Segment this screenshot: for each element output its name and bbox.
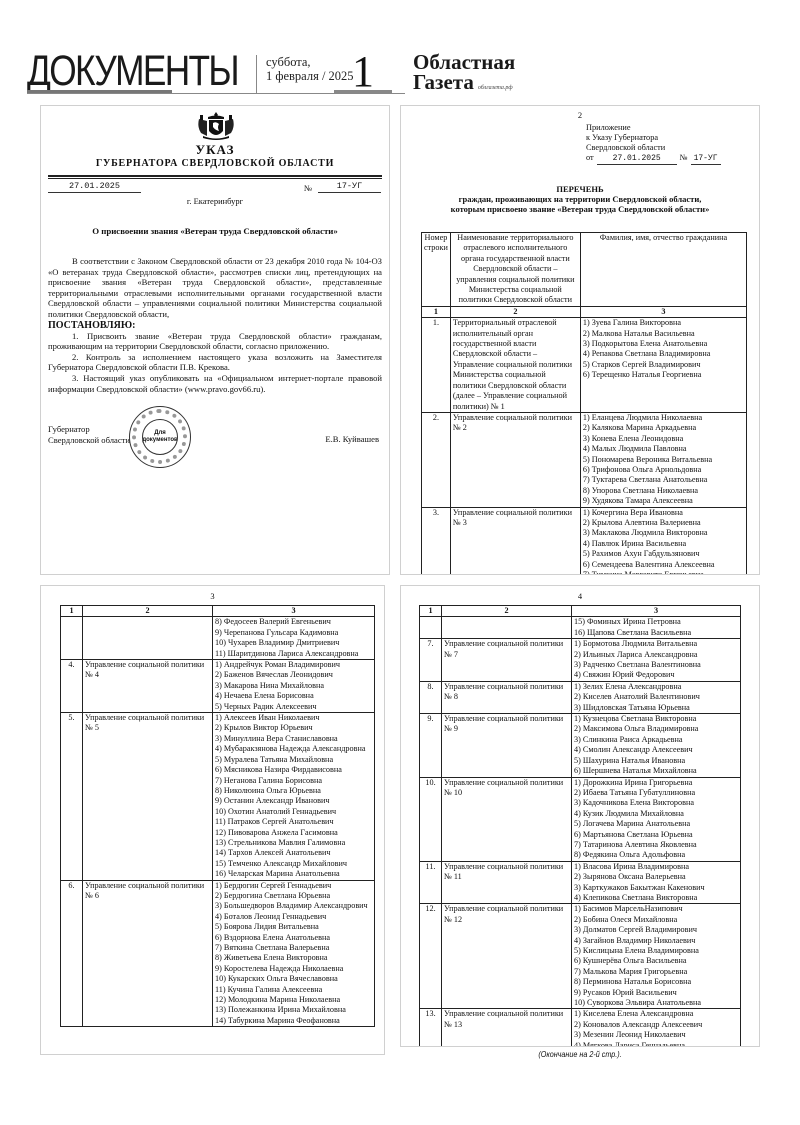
citizen-name: 3) Мезенин Леонид Николаевич bbox=[574, 1030, 738, 1040]
citizen-name: 8) Упорова Светлана Николаевна bbox=[583, 486, 744, 496]
column-number: 3 bbox=[572, 606, 741, 617]
row-number: 12. bbox=[420, 904, 442, 1009]
citizen-name: 3) Слинкина Раиса Аркадьевна bbox=[574, 735, 738, 745]
brand-line2: Газета bbox=[413, 70, 474, 94]
row-number: 6. bbox=[61, 880, 83, 1027]
citizen-name: 1) Бердюгин Сергей Геннадьевич bbox=[215, 881, 372, 891]
citizen-name: 10) Чухарев Владимир Дмитриевич bbox=[215, 638, 372, 648]
citizen-name: 6) Семендеева Валентина Алексеевна bbox=[583, 560, 744, 570]
citizen-name: 8) Федосеев Валерий Евгеньевич bbox=[215, 617, 372, 627]
citizen-name: 7) Татаринова Алевтина Яковлевна bbox=[574, 840, 738, 850]
column-number: 3 bbox=[580, 306, 746, 317]
citizen-name: 16) Челарская Марина Анатольевна bbox=[215, 869, 372, 879]
citizen-name: 10) Охотин Анатолий Геннадьевич bbox=[215, 807, 372, 817]
column-number: 1 bbox=[420, 606, 442, 617]
table-row: 2.Управление социальной политики № 21) Е… bbox=[422, 412, 747, 507]
organization-name: Управление социальной политики № 12 bbox=[442, 904, 572, 1009]
citizen-name: 9) Черепанова Гульсара Кадимовна bbox=[215, 628, 372, 638]
citizen-name: 5) Пономарева Вероника Витальевна bbox=[583, 455, 744, 465]
citizen-name: 10) Суворкова Эльвира Анатольевна bbox=[574, 998, 738, 1008]
masthead-rule bbox=[27, 93, 405, 94]
table-row: 8) Федосеев Валерий Евгеньевич9) Черепан… bbox=[61, 617, 375, 660]
citizen-name: 1) Киселева Елена Александровна bbox=[574, 1009, 738, 1019]
citizen-name: 5) Логачева Марина Анатольевна bbox=[574, 819, 738, 829]
citizen-name: 3) Шидловская Татьяна Юрьевна bbox=[574, 703, 738, 713]
citizen-names: 8) Федосеев Валерий Евгеньевич9) Черепан… bbox=[213, 617, 375, 660]
row-number: 7. bbox=[420, 639, 442, 682]
appendix-page-2: 2 Приложение к Указу Губернатора Свердло… bbox=[400, 105, 760, 575]
page-number: 4 bbox=[401, 591, 759, 601]
citizen-name: 2) Бобина Олеся Михайловна bbox=[574, 915, 738, 925]
citizen-name: 8) Перминова Наталья Борисовна bbox=[574, 977, 738, 987]
decree-number-label: № bbox=[304, 183, 312, 193]
citizen-name: 4) Клепикова Светлана Викторовна bbox=[574, 893, 738, 903]
header-full-name: Фамилия, имя, отчество гражданина bbox=[580, 233, 746, 307]
decree-city: г. Екатеринбург bbox=[41, 196, 389, 206]
citizen-name: 5) Черных Радик Алексеевич bbox=[215, 702, 372, 712]
table-row: 3.Управление социальной политики № 31) К… bbox=[422, 507, 747, 575]
decree-heading: О присвоении звания «Ветеран труда Сверд… bbox=[41, 226, 389, 236]
citizen-name: 2) Ильиных Лариса Александровна bbox=[574, 650, 738, 660]
citizen-name: 13) Полежанкина Ирина Михайловна bbox=[215, 1005, 372, 1015]
citizen-name: 6) Вздорнова Елена Анатольевна bbox=[215, 933, 372, 943]
list-subtitle: которым присвоено звание «Ветеран труда … bbox=[401, 204, 759, 214]
organization-name: Управление социальной политики № 10 bbox=[442, 777, 572, 861]
citizen-name: 3) Карткужаков Бакытжан Какенович bbox=[574, 883, 738, 893]
organization-name: Управление социальной политики № 2 bbox=[450, 412, 580, 507]
citizen-names: 1) Зуева Галина Викторовна2) Малкова Нат… bbox=[580, 318, 746, 413]
continuation-note: (Окончание на 2-й стр.). bbox=[418, 1050, 742, 1059]
brand-line1: Областная bbox=[413, 52, 515, 72]
appendix-line: Приложение bbox=[586, 123, 721, 133]
table-row: 1.Территориальный отраслевой исполнитель… bbox=[422, 318, 747, 413]
citizen-names: 1) Кочергина Вера Ивановна2) Крылова Але… bbox=[580, 507, 746, 575]
citizen-name: 1) Алексеев Иван Николаевич bbox=[215, 713, 372, 723]
list-title: ПЕРЕЧЕНЬ граждан, проживающих на террито… bbox=[401, 184, 759, 214]
decree-title: УКАЗ bbox=[41, 142, 389, 158]
row-number: 5. bbox=[61, 713, 83, 881]
appendix-date: 27.01.2025 bbox=[597, 154, 677, 165]
organization-name: Управление социальной политики № 11 bbox=[442, 861, 572, 904]
citizen-name: 5) Кислицына Елена Владимировна bbox=[574, 946, 738, 956]
citizen-name: 14) Табуркина Марина Феофановна bbox=[215, 1016, 372, 1026]
decree-rule-thin bbox=[48, 178, 382, 179]
citizen-name: 6) Шершнева Наталья Михайловна bbox=[574, 766, 738, 776]
citizen-name: 4) Нечаева Елена Борисовна bbox=[215, 691, 372, 701]
appendix-page-3: 3 1 2 3 8) Федосеев Валерий Евгеньевич9)… bbox=[40, 585, 385, 1055]
decree-rule bbox=[48, 175, 382, 177]
column-number: 2 bbox=[450, 306, 580, 317]
citizen-name: 11) Кучина Галина Алексеевна bbox=[215, 985, 372, 995]
organization-name: Управление социальной политики № 6 bbox=[83, 880, 213, 1027]
citizen-name: 6) Терещенко Наталья Георгиевна bbox=[583, 370, 744, 380]
citizen-name: 4) Мягкова Лариса Геннадьевна bbox=[574, 1041, 738, 1047]
citizen-name: 1) Кочергина Вера Ивановна bbox=[583, 508, 744, 518]
column-number: 1 bbox=[61, 606, 83, 617]
row-number bbox=[61, 617, 83, 660]
citizen-name: 9) Худякова Тамара Алексеевна bbox=[583, 496, 744, 506]
appendix-header: Приложение к Указу Губернатора Свердловс… bbox=[586, 123, 721, 165]
organization-name: Управление социальной политики № 8 bbox=[442, 681, 572, 713]
decree-number: 17-УГ bbox=[318, 181, 381, 193]
citizen-name: 4) Мубаракзянова Надежда Александровна bbox=[215, 744, 372, 754]
citizen-name: 3) Маклакова Людмила Викторовна bbox=[583, 528, 744, 538]
citizen-name: 3) Конева Елена Леонидовна bbox=[583, 434, 744, 444]
citizen-name: 7) Неганова Галина Борисовна bbox=[215, 776, 372, 786]
table-body: 8) Федосеев Валерий Евгеньевич9) Черепан… bbox=[61, 617, 375, 1027]
citizen-name: 11) Патраков Сергей Анатольевич bbox=[215, 817, 372, 827]
issue-date: суббота, 1 февраля / 2025 bbox=[266, 55, 354, 83]
row-number: 4. bbox=[61, 660, 83, 713]
decree-item: 2. Контроль за исполнением настоящего ук… bbox=[48, 352, 382, 373]
citizen-name: 6) Мартьянова Светлана Юрьевна bbox=[574, 830, 738, 840]
signer-role-line1: Губернатор bbox=[48, 424, 130, 435]
citizen-name: 11) Шаритдинова Лариса Александровна bbox=[215, 649, 372, 659]
citizen-name: 1) Андрейчук Роман Владимирович bbox=[215, 660, 372, 670]
organization-name: Территориальный отраслевой исполнительны… bbox=[450, 318, 580, 413]
appendix-number: 17-УГ bbox=[691, 154, 721, 165]
decree-body: В соответствии с Законом Свердловской об… bbox=[48, 256, 382, 394]
organization-name: Управление социальной политики № 5 bbox=[83, 713, 213, 881]
row-number: 1. bbox=[422, 318, 451, 413]
table-row: 5.Управление социальной политики № 51) А… bbox=[61, 713, 375, 881]
citizen-names: 1) Киселева Елена Александровна2) Конова… bbox=[572, 1009, 741, 1047]
column-number: 2 bbox=[83, 606, 213, 617]
citizen-name: 9) Коростелева Надежда Николаевна bbox=[215, 964, 372, 974]
citizen-name: 2) Киселев Анатолий Валентинович bbox=[574, 692, 738, 702]
citizen-name: 3) Кадочникова Елена Викторовна bbox=[574, 798, 738, 808]
citizen-name: 10) Кукарских Ольга Вячеславовна bbox=[215, 974, 372, 984]
citizen-name: 4) Малых Людмила Павловна bbox=[583, 444, 744, 454]
citizen-name: 7) Малькова Мария Григорьевна bbox=[574, 967, 738, 977]
table-row: 12.Управление социальной политики № 121)… bbox=[420, 904, 741, 1009]
citizen-names: 1) Бормотова Людмила Витальевна2) Ильины… bbox=[572, 639, 741, 682]
issue-day: суббота, bbox=[266, 55, 354, 69]
citizen-name: 5) Шахурина Наталья Ивановна bbox=[574, 756, 738, 766]
signer-role-line2: Свердловской области bbox=[48, 435, 130, 446]
citizen-name: 1) Еланцева Людмила Николаевна bbox=[583, 413, 744, 423]
masthead: ДОКУМЕНТЫ суббота, 1 февраля / 2025 1 Об… bbox=[0, 0, 800, 100]
newspaper-logo: Областная Газетаоблгазета.рф bbox=[413, 52, 515, 98]
column-number: 2 bbox=[442, 606, 572, 617]
citizen-name: 2) Крылов Виктор Юрьевич bbox=[215, 723, 372, 733]
citizen-name: 4) Боталов Леонид Геннадьевич bbox=[215, 912, 372, 922]
citizen-name: 7) Туктарева Светлана Анатольевна bbox=[583, 475, 744, 485]
signer-name: Е.В. Куйвашев bbox=[325, 434, 379, 444]
citizen-name: 2) Крылова Алевтина Валериевна bbox=[583, 518, 744, 528]
citizen-name: 12) Пивоварова Анжела Гасимовна bbox=[215, 828, 372, 838]
recipients-table-continued: 1 2 3 8) Федосеев Валерий Евгеньевич9) Ч… bbox=[60, 605, 375, 1027]
citizen-names: 1) Бердюгин Сергей Геннадьевич2) Бердюги… bbox=[213, 880, 375, 1027]
citizen-name: 4) Кузик Людмила Михайловна bbox=[574, 809, 738, 819]
row-number: 8. bbox=[420, 681, 442, 713]
table-row: 11.Управление социальной политики № 111)… bbox=[420, 861, 741, 904]
table-body: 1.Территориальный отраслевой исполнитель… bbox=[422, 318, 747, 575]
table-row: 7.Управление социальной политики № 71) Б… bbox=[420, 639, 741, 682]
section-title: ДОКУМЕНТЫ bbox=[27, 50, 238, 93]
citizen-name: 5) Муралева Татьяна Михайловна bbox=[215, 755, 372, 765]
citizen-name: 12) Молодкина Марина Николаевна bbox=[215, 995, 372, 1005]
appendix-line: к Указу Губернатора bbox=[586, 133, 721, 143]
citizen-name: 5) Старков Сергей Владимирович bbox=[583, 360, 744, 370]
column-number: 3 bbox=[213, 606, 375, 617]
citizen-name: 2) Малкова Наталья Васильевна bbox=[583, 329, 744, 339]
citizen-names: 1) Власова Ирина Владимировна2) Зырянова… bbox=[572, 861, 741, 904]
citizen-name: 2) Зырянова Оксана Валерьевна bbox=[574, 872, 738, 882]
row-number: 11. bbox=[420, 861, 442, 904]
citizen-name: 5) Боярова Лидия Витальевна bbox=[215, 922, 372, 932]
citizen-name: 7) Тимкина Маргарита Евгеньевна bbox=[583, 570, 744, 575]
citizen-name: 4) Загайнов Владимир Николаевич bbox=[574, 936, 738, 946]
citizen-names: 15) Фоминых Ирина Петровна16) Щапова Све… bbox=[572, 617, 741, 639]
row-number: 10. bbox=[420, 777, 442, 861]
citizen-name: 3) Макарова Нина Михайловна bbox=[215, 681, 372, 691]
citizen-name: 6) Кушнерёва Ольга Васильевна bbox=[574, 956, 738, 966]
citizen-names: 1) Зелих Елена Александровна2) Киселев А… bbox=[572, 681, 741, 713]
organization-name: Управление социальной политики № 3 bbox=[450, 507, 580, 575]
citizen-name: 1) Кузнецова Светлана Викторовна bbox=[574, 714, 738, 724]
organization-name: Управление социальной политики № 4 bbox=[83, 660, 213, 713]
row-number: 9. bbox=[420, 714, 442, 777]
decree-subtitle: ГУБЕРНАТОРА СВЕРДЛОВСКОЙ ОБЛАСТИ bbox=[41, 158, 389, 169]
citizen-name: 6) Мясникова Назира Фирдависовна bbox=[215, 765, 372, 775]
masthead-divider bbox=[256, 55, 257, 94]
citizen-names: 1) Андрейчук Роман Владимирович2) Бажено… bbox=[213, 660, 375, 713]
citizen-name: 13) Стрельникова Мавлия Галимовна bbox=[215, 838, 372, 848]
citizen-name: 2) Максимова Ольга Владимировна bbox=[574, 724, 738, 734]
decree-preamble: В соответствии с Законом Свердловской об… bbox=[48, 256, 382, 320]
citizen-name: 2) Коновалов Александр Алексеевич bbox=[574, 1020, 738, 1030]
table-row: 6.Управление социальной политики № 61) Б… bbox=[61, 880, 375, 1027]
citizen-names: 1) Басимов МарсельНазипович2) Бобина Оле… bbox=[572, 904, 741, 1009]
citizen-names: 1) Кузнецова Светлана Викторовна2) Макси… bbox=[572, 714, 741, 777]
citizen-names: 1) Еланцева Людмила Николаевна2) Каляков… bbox=[580, 412, 746, 507]
citizen-name: 4) Смолин Александр Алексеевич bbox=[574, 745, 738, 755]
decree-item: 3. Настоящий указ опубликовать на «Офици… bbox=[48, 373, 382, 394]
citizen-name: 1) Власова Ирина Владимировна bbox=[574, 862, 738, 872]
table-column-numbers: 1 2 3 bbox=[420, 606, 741, 617]
column-number: 1 bbox=[422, 306, 451, 317]
page-number: 3 bbox=[41, 591, 384, 601]
citizen-name: 2) Бердюгина Светлана Юрьевна bbox=[215, 891, 372, 901]
citizen-name: 1) Дорожкина Ирина Григорьевна bbox=[574, 778, 738, 788]
table-row: 10.Управление социальной политики № 101)… bbox=[420, 777, 741, 861]
page-number-underline bbox=[334, 90, 392, 93]
citizen-name: 3) Подкорытова Елена Анатольевна bbox=[583, 339, 744, 349]
row-number: 13. bbox=[420, 1009, 442, 1047]
citizen-name: 2) Ибаева Татьяна Губатуллиновна bbox=[574, 788, 738, 798]
appendix-ref: от 27.01.2025 № 17-УГ bbox=[586, 153, 721, 165]
table-row: 8.Управление социальной политики № 81) З… bbox=[420, 681, 741, 713]
recipients-table-continued: 1 2 3 15) Фоминых Ирина Петровна16) Щапо… bbox=[419, 605, 741, 1047]
stamp-center: Длядокументов bbox=[142, 419, 178, 455]
decree-date: 27.01.2025 bbox=[48, 181, 141, 193]
recipients-table: Номер строки Наименование территориально… bbox=[421, 232, 747, 575]
table-row: 13.Управление социальной политики № 131)… bbox=[420, 1009, 741, 1047]
citizen-name: 1) Бормотова Людмила Витальевна bbox=[574, 639, 738, 649]
citizen-name: 6) Трифонова Ольга Арнольдовна bbox=[583, 465, 744, 475]
citizen-names: 1) Алексеев Иван Николаевич2) Крылов Вик… bbox=[213, 713, 375, 881]
citizen-name: 3) Минуллина Вера Станиславовна bbox=[215, 734, 372, 744]
table-row: 4.Управление социальной политики № 41) А… bbox=[61, 660, 375, 713]
citizen-name: 14) Тархов Алексей Анатольевич bbox=[215, 848, 372, 858]
row-number: 3. bbox=[422, 507, 451, 575]
citizen-name: 1) Зелих Елена Александровна bbox=[574, 682, 738, 692]
citizen-name: 8) Николюина Ольга Юрьевна bbox=[215, 786, 372, 796]
citizen-name: 4) Павлюк Ирина Васильевна bbox=[583, 539, 744, 549]
citizen-name: 3) Долматов Сергей Владимирович bbox=[574, 925, 738, 935]
citizen-name: 7) Вяткина Светлана Валерьевна bbox=[215, 943, 372, 953]
citizen-name: 9) Останин Александр Иванович bbox=[215, 796, 372, 806]
table-row: 9.Управление социальной политики № 91) К… bbox=[420, 714, 741, 777]
decree-item: 1. Присвоить звание «Ветеран труда Сверд… bbox=[48, 331, 382, 352]
header-row-number: Номер строки bbox=[422, 233, 451, 307]
organization-name: Управление социальной политики № 13 bbox=[442, 1009, 572, 1047]
citizen-name: 1) Басимов МарсельНазипович bbox=[574, 904, 738, 914]
list-subtitle: граждан, проживающих на территории Сверд… bbox=[401, 194, 759, 204]
table-column-numbers: 1 2 3 bbox=[61, 606, 375, 617]
stamp-text-line2: документов bbox=[142, 437, 177, 444]
table-body: 15) Фоминых Ирина Петровна16) Щапова Све… bbox=[420, 617, 741, 1047]
citizen-name: 8) Живетьева Елена Викторовна bbox=[215, 953, 372, 963]
masthead-rule-short bbox=[392, 93, 404, 94]
organization-name: Управление социальной политики № 7 bbox=[442, 639, 572, 682]
table-header-row: Номер строки Наименование территориально… bbox=[422, 233, 747, 307]
table-column-numbers: 1 2 3 bbox=[422, 306, 747, 317]
citizen-name: 4) Свяжин Юрий Федорович bbox=[574, 670, 738, 680]
coat-of-arms-icon bbox=[191, 111, 241, 141]
appendix-number-label: № bbox=[680, 153, 688, 163]
issue-date-text: 1 февраля / 2025 bbox=[266, 69, 354, 83]
row-number: 2. bbox=[422, 412, 451, 507]
citizen-name: 2) Калякова Марина Аркадьевна bbox=[583, 423, 744, 433]
row-number bbox=[420, 617, 442, 639]
organization-name: Управление социальной политики № 9 bbox=[442, 714, 572, 777]
header-organization: Наименование территориального отраслевог… bbox=[450, 233, 580, 307]
organization-name bbox=[442, 617, 572, 639]
citizen-name: 1) Зуева Галина Викторовна bbox=[583, 318, 744, 328]
citizen-name: 3) Большедворов Владимир Александрович bbox=[215, 901, 372, 911]
appendix-page-4: 4 1 2 3 15) Фоминых Ирина Петровна16) Ща… bbox=[400, 585, 760, 1047]
decree-resolve: ПОСТАНОВЛЯЮ: bbox=[48, 320, 382, 331]
citizen-name: 9) Русаков Юрий Васильевич bbox=[574, 988, 738, 998]
official-stamp: Длядокументов bbox=[129, 406, 191, 468]
organization-name bbox=[83, 617, 213, 660]
brand-url: облгазета.рф bbox=[478, 85, 513, 91]
signer-role: Губернатор Свердловской области bbox=[48, 424, 130, 445]
page-number: 1 bbox=[352, 50, 374, 94]
citizen-name: 15) Фоминых Ирина Петровна bbox=[574, 617, 738, 627]
citizen-name: 8) Федякина Ольга Адольфовна bbox=[574, 850, 738, 860]
appendix-from-label: от bbox=[586, 153, 594, 163]
citizen-names: 1) Дорожкина Ирина Григорьевна2) Ибаева … bbox=[572, 777, 741, 861]
stamp-text-line1: Для bbox=[142, 430, 177, 437]
decree-page: УКАЗ ГУБЕРНАТОРА СВЕРДЛОВСКОЙ ОБЛАСТИ 27… bbox=[40, 105, 390, 575]
appendix-line: Свердловской области bbox=[586, 143, 721, 153]
citizen-name: 4) Репакова Светлана Владимировна bbox=[583, 349, 744, 359]
page-number: 2 bbox=[401, 110, 759, 120]
citizen-name: 5) Рахимов Ахун Габдульзянович bbox=[583, 549, 744, 559]
citizen-name: 2) Баженов Вячеслав Леонидович bbox=[215, 670, 372, 680]
citizen-name: 3) Радченко Светлана Валентиновна bbox=[574, 660, 738, 670]
table-row: 15) Фоминых Ирина Петровна16) Щапова Све… bbox=[420, 617, 741, 639]
citizen-name: 16) Щапова Светлана Васильевна bbox=[574, 628, 738, 638]
list-title-main: ПЕРЕЧЕНЬ bbox=[401, 184, 759, 194]
citizen-name: 15) Темченко Александр Михайлович bbox=[215, 859, 372, 869]
